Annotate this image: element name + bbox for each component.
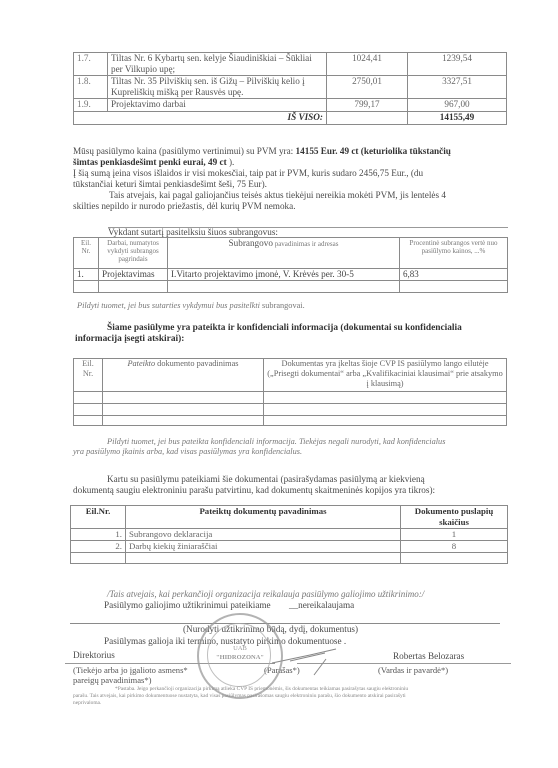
price-statement: Mūsų pasiūlymo kaina (pasiūlymo vertinim… (73, 146, 543, 212)
table-row: 2. Darbų kiekių žiniaraščiai 8 (71, 541, 508, 553)
documents-intro-line-1: Kartu su pasiūlymu pateikiami šie dokume… (73, 474, 543, 485)
vat-line-2: tūkstančiai keturi šimtai penkiasdešimt … (73, 179, 543, 190)
table-row (74, 404, 507, 416)
footnote-line-2: parašu. Tais atvejais, kai pirkimo dokum… (73, 693, 548, 700)
header-document-name: Pateiktų dokumentų pavadinimas (126, 506, 401, 529)
confidential-note: Pildyti tuomet, jei bus pateikta konfide… (73, 437, 543, 457)
header-location: Dokumentas yra įkeltas šioje CVP IS pasi… (264, 359, 507, 392)
row-description: Projektavimo darbai (108, 99, 327, 112)
position-caption: (Tiekėjo arba jo įgalioto asmens* pareig… (73, 665, 188, 685)
row-number: 1.8. (74, 76, 108, 99)
row-subcontractor: I.Vitarto projektavimo įmonė, V. Krėvės … (168, 269, 400, 281)
row-location (264, 416, 507, 426)
price-without-vat: 1024,41 (327, 53, 408, 76)
price-amount: 14155 Eur. 49 ct (keturiolika tūkstančių (296, 146, 451, 156)
guarantee-line: Pasiūlymo galiojimo užtikrinimui pateiki… (104, 600, 354, 611)
header-percent: Procentinė subrangos vertė nuo pasiūlymo… (400, 238, 508, 269)
guarantee-value: __nereikalaujama (289, 600, 354, 610)
row-number: 2. (71, 541, 126, 553)
vat-exemption-line-2: skilties nepildo ir nurodo priežastis, d… (73, 201, 543, 212)
row-page-count: 8 (401, 541, 508, 553)
table-header-row: Eil. Nr. Pateikto dokumento pavadinimas … (74, 359, 507, 392)
footnote: *Pastaba. Jeigo perkančioji organizacija… (73, 686, 548, 707)
table-row: 1.8. Tiltas Nr. 35 Pilviškių sen. iš Giž… (74, 76, 507, 99)
row-location (264, 392, 507, 404)
table-row (74, 392, 507, 404)
confidential-heading-line-1: Šiame pasiūlyme yra pateikta ir konfiden… (75, 323, 545, 334)
header-page-count: Dokumento puslapių skaičius (401, 506, 508, 529)
table-header-row: Eil. Nr. Darbai, numatytos vykdyti subra… (74, 238, 508, 269)
row-number (74, 404, 103, 416)
documents-intro: Kartu su pasiūlymu pateikiami šie dokume… (73, 474, 543, 496)
price-suffix: ). (227, 157, 235, 167)
price-with-vat: 3327,51 (408, 76, 507, 99)
signer-position: Direktorius (73, 650, 115, 661)
subcontractors-note: Pildyti tuomet, jei bus sutarties vykdym… (77, 301, 305, 310)
table-row: 1.9. Projektavimo darbai 799,17 967,00 (74, 99, 507, 112)
position-caption-line-1: (Tiekėjo arba jo įgalioto asmens* (73, 665, 188, 675)
row-number: 1.7. (74, 53, 108, 76)
table-row: 1. Projektavimas I.Vitarto projektavimo … (74, 269, 508, 281)
row-page-count: 1 (401, 529, 508, 541)
total-label: IŠ VISO: (74, 112, 327, 125)
row-percent: 6,83 (400, 269, 508, 281)
price-with-vat: 967,00 (408, 99, 507, 112)
documents-intro-line-2: dokumentą saugiu elektroniniu parašu pat… (73, 485, 543, 496)
subcontractors-table: Eil. Nr. Darbai, numatytos vykdyti subra… (73, 237, 508, 293)
note-regular: subrangovai. (260, 301, 305, 310)
confidential-heading-line-2: informacija įsegti atskirai): (75, 334, 545, 345)
row-document-name: Subrangovo deklaracija (126, 529, 401, 541)
header-number: Eil. Nr. (74, 238, 99, 269)
signer-name: Robertas Belozaras (393, 651, 464, 662)
header-number: Eil.Nr. (71, 506, 126, 529)
guarantee-label: Pasiūlymo galiojimo užtikrinimui pateiki… (104, 600, 271, 610)
total-without-vat (327, 112, 408, 125)
row-page-count (401, 553, 508, 564)
footnote-line-1: *Pastaba. Jeigo perkančioji organizacija… (73, 686, 548, 693)
row-works: Projektavimas (99, 269, 168, 281)
header-document-name: Pateikto dokumento pavadinimas (103, 359, 264, 392)
price-without-vat: 799,17 (327, 99, 408, 112)
table-row: 1.7. Tiltas Nr. 6 Kybartų sen. kelyje Ši… (74, 53, 507, 76)
table-row (71, 553, 508, 564)
row-description: Tiltas Nr. 35 Pilviškių sen. iš Gižų – P… (108, 76, 327, 99)
table-header-row: Eil.Nr. Pateiktų dokumentų pavadinimas D… (71, 506, 508, 529)
header-works: Darbai, numatytos vykdyti subrangos pagr… (99, 238, 168, 269)
row-document-name (126, 553, 401, 564)
vat-line-1: Į šią sumą įeina visos išlaidos ir visi … (73, 168, 543, 179)
table-row: 1. Subrangovo deklaracija 1 (71, 529, 508, 541)
confidential-note-line-1: Pildyti tuomet, jei bus pateikta konfide… (73, 437, 543, 447)
row-document (103, 416, 264, 426)
price-with-vat: 1239,54 (408, 53, 507, 76)
price-in-words: šimtas penkiasdešimt penki eurai, 49 ct (73, 157, 227, 167)
footnote-line-3: neprivaloma. (73, 700, 548, 707)
cost-table: 1.7. Tiltas Nr. 6 Kybartų sen. kelyje Ši… (73, 52, 507, 125)
row-subcontractor (168, 281, 400, 293)
header-subcontractor: Subrangovo pavadinimas ir adresas (168, 238, 400, 269)
price-line-2: šimtas penkiasdešimt penki eurai, 49 ct … (73, 157, 543, 168)
header-subcontractor-main: Subrangovo (229, 238, 273, 248)
guarantee-note: /Tais atvejais, kai perkančioji organiza… (107, 589, 424, 599)
header-document-name-italic: Pateikto (127, 359, 155, 368)
confidential-note-line-2: yra pasiūlymo įkainis arba, kad visas pa… (73, 447, 543, 457)
confidential-heading: Šiame pasiūlyme yra pateikta ir konfiden… (75, 323, 545, 345)
name-caption: (Vardas ir pavardė*) (378, 665, 448, 675)
table-row (74, 416, 507, 426)
price-without-vat: 2750,01 (327, 76, 408, 99)
confidential-table: Eil. Nr. Pateikto dokumento pavadinimas … (73, 358, 507, 426)
row-works (99, 281, 168, 293)
row-document (103, 404, 264, 416)
total-with-vat: 14155,49 (408, 112, 507, 125)
price-line-1: Mūsų pasiūlymo kaina (pasiūlymo vertinim… (73, 146, 543, 157)
stamp-company-name: "HIDROZONA" (199, 654, 281, 661)
row-number: 1. (74, 269, 99, 281)
row-document-name: Darbų kiekių žiniaraščiai (126, 541, 401, 553)
note-italic: Pildyti tuomet, jei bus sutarties vykdym… (77, 301, 260, 310)
position-caption-line-2: pareigų pavadinimas*) (73, 675, 188, 685)
header-number: Eil. Nr. (74, 359, 103, 392)
table-row (74, 281, 508, 293)
row-percent (400, 281, 508, 293)
row-description: Tiltas Nr. 6 Kybartų sen. kelyje Šiaudin… (108, 53, 327, 76)
row-number (74, 392, 103, 404)
row-number (74, 416, 103, 426)
documents-table: Eil.Nr. Pateiktų dokumentų pavadinimas D… (70, 505, 508, 564)
header-subcontractor-rest: pavadinimas ir adresas (273, 240, 339, 248)
row-number: 1. (71, 529, 126, 541)
vat-exemption-line-1: Tais atvejais, kai pagal galiojančius te… (73, 190, 543, 201)
stamp-top-text: UAB (199, 645, 281, 652)
row-number (71, 553, 126, 564)
row-document (103, 392, 264, 404)
header-document-name-rest: dokumento pavadinimas (155, 359, 238, 368)
row-number (74, 281, 99, 293)
price-prefix: Mūsų pasiūlymo kaina (pasiūlymo vertinim… (73, 146, 296, 156)
row-number: 1.9. (74, 99, 108, 112)
row-location (264, 404, 507, 416)
total-row: IŠ VISO: 14155,49 (74, 112, 507, 125)
